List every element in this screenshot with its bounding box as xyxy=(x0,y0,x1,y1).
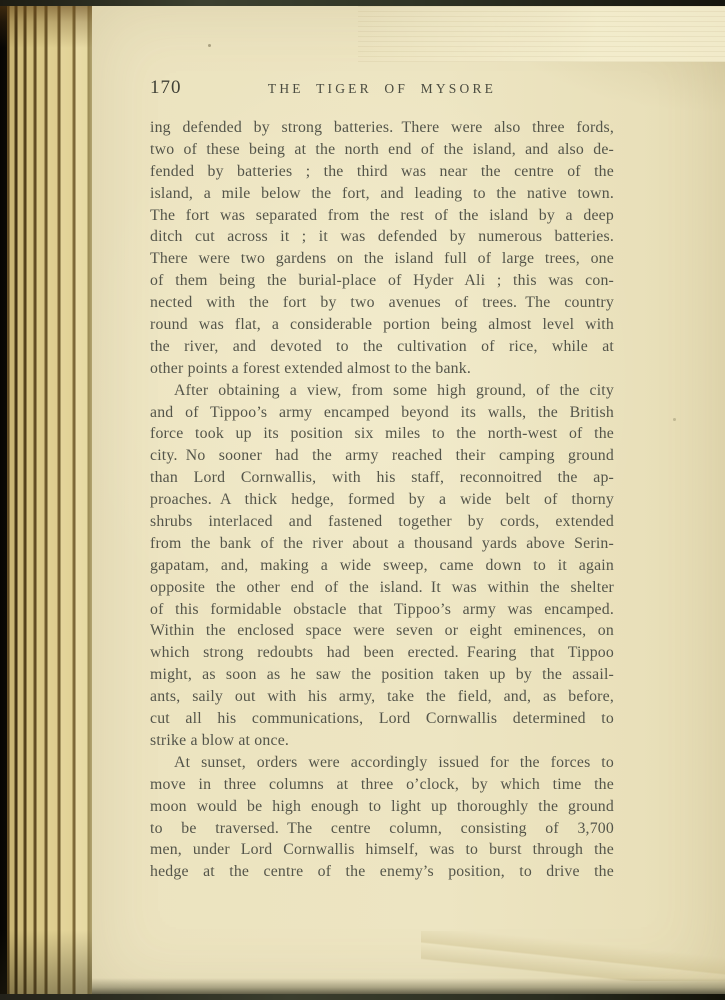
text-line: from the bank of the river about a thous… xyxy=(150,533,614,555)
text-line: men, under Lord Cornwallis himself, was … xyxy=(150,839,614,861)
text-line: ditch cut across it ; it was defended by… xyxy=(150,226,614,248)
text-line: to be traversed. The centre column, cons… xyxy=(150,818,614,840)
text-line: round was flat, a considerable portion b… xyxy=(150,314,614,336)
text-line: move in three columns at three o’clock, … xyxy=(150,774,614,796)
text-line: force took up its position six miles to … xyxy=(150,423,614,445)
text-line: Within the enclosed space were seven or … xyxy=(150,620,614,642)
text-line: The fort was separated from the rest of … xyxy=(150,205,614,227)
page-bottom-shade xyxy=(92,978,725,995)
paper-speck xyxy=(208,44,211,47)
book-scan: 170 THE TIGER OF MYSORE ing defended by … xyxy=(0,0,725,1000)
text-line: There were two gardens on the island ful… xyxy=(150,248,614,270)
book-bottom-edge xyxy=(0,994,725,1000)
text-line: island, a mile below the fort, and leadi… xyxy=(150,183,614,205)
text-line: strike a blow at once. xyxy=(150,730,614,752)
text-line: moon would be high enough to light up th… xyxy=(150,796,614,818)
text-line: of them being the burial-place of Hyder … xyxy=(150,270,614,292)
text-line: hedge at the centre of the enemy’s posit… xyxy=(150,861,614,883)
text-line: ants, saily out with his army, take the … xyxy=(150,686,614,708)
text-line: shrubs interlaced and fastened together … xyxy=(150,511,614,533)
text-line: than Lord Cornwallis, with his staff, re… xyxy=(150,467,614,489)
text-line: fended by batteries ; the third was near… xyxy=(150,161,614,183)
text-line: which strong redoubts had been erected. … xyxy=(150,642,614,664)
text-line: might, as soon as he saw the position ta… xyxy=(150,664,614,686)
text-line: other points a forest extended almost to… xyxy=(150,358,614,380)
text-line: nected with the fort by two avenues of t… xyxy=(150,292,614,314)
book-page: 170 THE TIGER OF MYSORE ing defended by … xyxy=(92,5,725,995)
text-line: the river, and devoted to the cultivatio… xyxy=(150,336,614,358)
text-line: At sunset, orders were accordingly issue… xyxy=(150,752,614,774)
text-line: After obtaining a view, from some high g… xyxy=(150,380,614,402)
text-line: of this formidable obstacle that Tippoo’… xyxy=(150,599,614,621)
text-line: opposite the other end of the island. It… xyxy=(150,577,614,599)
text-line: cut all his communications, Lord Cornwal… xyxy=(150,708,614,730)
text-line: proaches. A thick hedge, formed by a wid… xyxy=(150,489,614,511)
fore-edge-bottom-shading xyxy=(421,931,725,981)
text-line: two of these being at the north end of t… xyxy=(150,139,614,161)
fore-edge-top-shading xyxy=(358,6,725,62)
text-line: city. No sooner had the army reached the… xyxy=(150,445,614,467)
text-line: gapatam, and, making a wide sweep, came … xyxy=(150,555,614,577)
text-line: and of Tippoo’s army encamped beyond its… xyxy=(150,402,614,424)
running-title: THE TIGER OF MYSORE xyxy=(150,81,614,97)
text-line: ing defended by strong batteries. There … xyxy=(150,117,614,139)
book-left-page-edges xyxy=(0,0,92,1000)
paper-speck xyxy=(673,418,676,421)
book-top-edge xyxy=(0,0,725,6)
page-text: ing defended by strong batteries. There … xyxy=(150,117,614,883)
page-header: 170 THE TIGER OF MYSORE xyxy=(150,77,614,101)
